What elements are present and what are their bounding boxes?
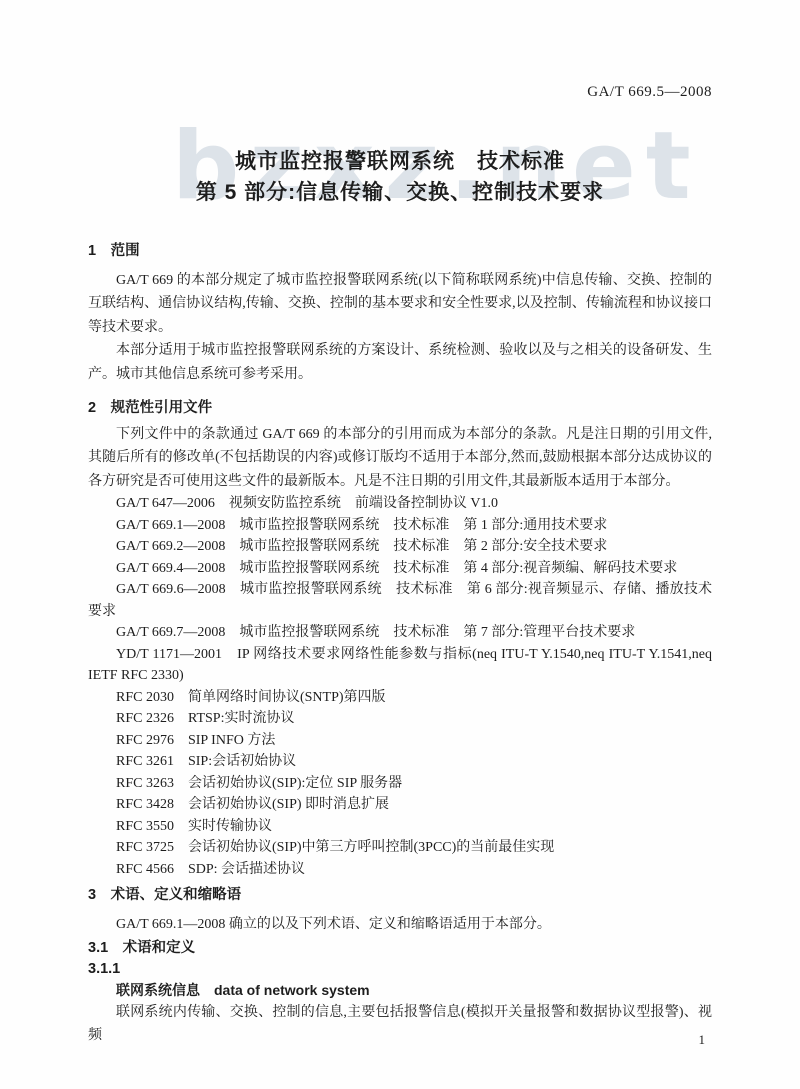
title-line-2: 第 5 部分:信息传输、交换、控制技术要求 — [88, 177, 712, 208]
section-3-intro: GA/T 669.1—2008 确立的以及下列术语、定义和缩略语适用于本部分。 — [88, 913, 712, 936]
term-definition: 联网系统内传输、交换、控制的信息,主要包括报警信息(模拟开关量报警和数据协议型报… — [88, 1001, 712, 1047]
normative-references-list: GA/T 647—2006 视频安防监控系统 前端设备控制协议 V1.0 GA/… — [88, 493, 712, 880]
section-2-intro: 下列文件中的条款通过 GA/T 669 的本部分的引用而成为本部分的条款。凡是注… — [88, 423, 712, 493]
document-page: bzxz.net GA/T 669.5—2008 城市监控报警联网系统 技术标准… — [0, 0, 800, 1089]
title-line-1: 城市监控报警联网系统 技术标准 — [88, 146, 712, 177]
reference-item: RFC 3550 实时传输协议 — [88, 816, 712, 838]
reference-item: RFC 3263 会话初始协议(SIP):定位 SIP 服务器 — [88, 773, 712, 795]
reference-item: YD/T 1171—2001 IP 网络技术要求网络性能参数与指标(neq IT… — [88, 644, 712, 687]
reference-item: RFC 2326 RTSP:实时流协议 — [88, 708, 712, 730]
reference-item: RFC 4566 SDP: 会话描述协议 — [88, 859, 712, 881]
reference-item: RFC 3428 会话初始协议(SIP) 即时消息扩展 — [88, 794, 712, 816]
section-1-heading: 1 范围 — [88, 241, 712, 261]
reference-item: GA/T 669.7—2008 城市监控报警联网系统 技术标准 第 7 部分:管… — [88, 622, 712, 644]
section-2-heading: 2 规范性引用文件 — [88, 398, 712, 418]
reference-item: GA/T 669.2—2008 城市监控报警联网系统 技术标准 第 2 部分:安… — [88, 536, 712, 558]
section-1-paragraph-1: GA/T 669 的本部分规定了城市监控报警联网系统(以下简称联网系统)中信息传… — [88, 269, 712, 339]
reference-item: RFC 3261 SIP:会话初始协议 — [88, 751, 712, 773]
reference-item: GA/T 669.1—2008 城市监控报警联网系统 技术标准 第 1 部分:通… — [88, 515, 712, 537]
reference-item: GA/T 669.6—2008 城市监控报警联网系统 技术标准 第 6 部分:视… — [88, 579, 712, 622]
section-1-paragraph-2: 本部分适用于城市监控报警联网系统的方案设计、系统检测、验收以及与之相关的设备研发… — [88, 339, 712, 386]
reference-item: RFC 2976 SIP INFO 方法 — [88, 730, 712, 752]
section-3-heading: 3 术语、定义和缩略语 — [88, 885, 712, 905]
section-3-1-1-heading: 3.1.1 — [88, 959, 712, 979]
reference-item: RFC 2030 简单网络时间协议(SNTP)第四版 — [88, 687, 712, 709]
reference-item: RFC 3725 会话初始协议(SIP)中第三方呼叫控制(3PCC)的当前最佳实… — [88, 837, 712, 859]
document-title: 城市监控报警联网系统 技术标准 第 5 部分:信息传输、交换、控制技术要求 — [88, 146, 712, 208]
page-number: 1 — [699, 1032, 706, 1048]
doc-code: GA/T 669.5—2008 — [88, 83, 712, 101]
reference-item: GA/T 669.4—2008 城市监控报警联网系统 技术标准 第 4 部分:视… — [88, 558, 712, 580]
reference-item: GA/T 647—2006 视频安防监控系统 前端设备控制协议 V1.0 — [88, 493, 712, 515]
term-entry: 联网系统信息 data of network system — [88, 980, 712, 1001]
section-3-1-heading: 3.1 术语和定义 — [88, 938, 712, 958]
